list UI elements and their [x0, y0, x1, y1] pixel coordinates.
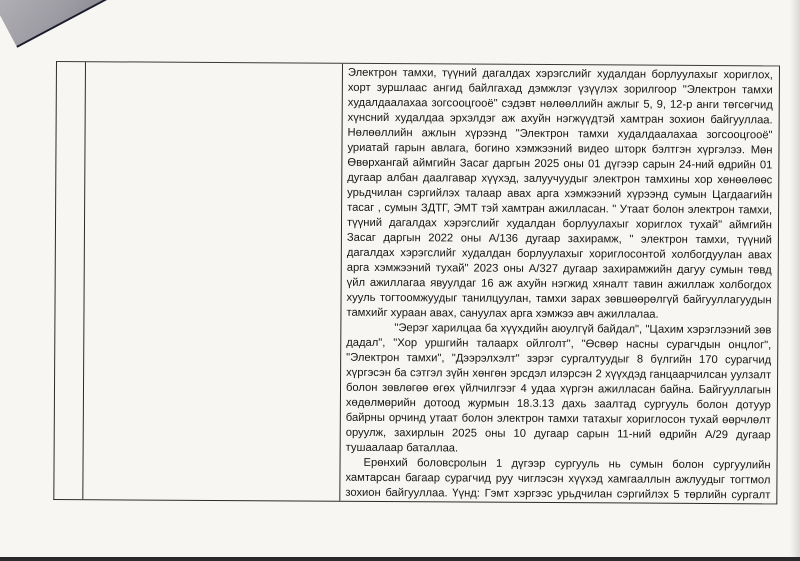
- scan-bottom-edge: [0, 557, 800, 561]
- scan-edge-shade: [790, 0, 800, 561]
- indicator-cell: [83, 62, 343, 501]
- report-table: Электрон тамхи, түүний дагалдах хэрэгсли…: [53, 61, 780, 504]
- paragraph-school-child-protection: Ерөнхий боловсролын 1 дүгээр сургууль нь…: [345, 456, 771, 504]
- row-number-cell: [54, 62, 86, 499]
- page-curl-shadow: [0, 0, 176, 48]
- paragraph-trainings: "Эерэг харилцаа ба хүүхдийн аюулгүй байд…: [346, 321, 772, 459]
- paragraph-e-cigarette-ban: Электрон тамхи, түүний дагалдах хэрэгсли…: [346, 66, 773, 324]
- content-cell: Электрон тамхи, түүний дагалдах хэрэгсли…: [340, 64, 779, 504]
